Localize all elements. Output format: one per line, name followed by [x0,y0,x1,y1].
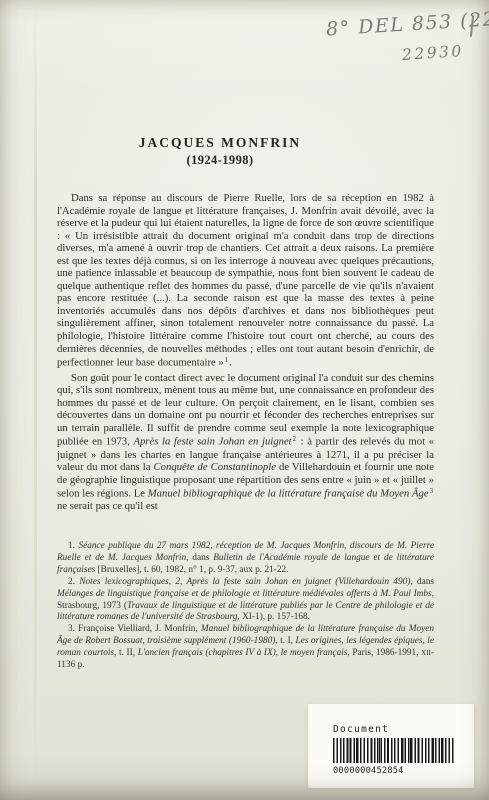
work-title-italic: Après la feste sain Johan en juignet [133,436,291,448]
footnote-3-text: , t. I, [275,636,295,646]
footnote-2-title-italic: Notes lexicographiques, 2, Après la fest… [79,577,410,587]
article-body: Dans sa réponse au discours de Pierre Ru… [57,192,434,513]
footnote-1-end: [Bruxelles], t. 60, 1982, n° 1, p. 9-37,… [95,565,288,575]
footnote-3-text: , t. II, [114,648,138,658]
work-title-italic: Conquête de Constantinople [154,461,276,473]
footnote-3-smallcaps: xii [421,648,431,658]
footnote-2-text: , dans [410,577,434,587]
handwritten-accession-number: 22930 [401,42,464,64]
scan-artifact-streak [34,0,37,800]
barcode-label: Document [333,724,389,735]
article-dates: (1924-1998) [0,153,440,168]
scanned-document-page: 8° DEL 853 (22) 22930 JACQUES MONFRIN (1… [0,0,489,800]
footnote-3: 3. Françoise Vielliard, J. Monfrin, Manu… [57,624,434,672]
footnote-2-collection-italic: Mélanges de linguistique française et de… [57,589,432,599]
footnote-3-number: 3. [68,624,75,634]
footnote-ref-1: 1 [225,357,228,364]
handwritten-shelfmark: 8° DEL 853 (22) [325,8,489,41]
barcode-sticker: Document 0000000452854 [308,704,474,788]
footnote-2: 2. Notes lexicographiques, 2, Après la f… [57,577,434,625]
footnote-ref-2: 2 [293,436,296,443]
footnote-2-number: 2. [68,577,75,587]
footnote-3-text: , Paris, 1986-1991, [347,648,421,658]
footnotes-block: 1. Séance publique du 27 mars 1982, réce… [57,541,434,672]
footnote-1-text: , dans [186,553,213,563]
footnote-3-authors: Françoise Vielliard, J. Monfrin, [78,624,201,634]
work-title-italic: Manuel bibliographique de la littérature… [148,488,429,500]
paragraph-1-end: . [229,357,232,369]
paragraph-2-end: ne serait pas ce qu'il est [57,500,158,512]
article-title: JACQUES MONFRIN [0,135,440,151]
footnote-3-volume2-italic: L'ancien français (chapitres IV à IX), l… [138,648,348,658]
barcode-icon [333,738,454,763]
footnote-2-end: , XI-1), p. 157-168. [237,612,310,622]
barcode-number: 0000000452854 [333,766,404,776]
footnote-1-number: 1. [68,541,75,551]
paragraph-2: Son goût pour le contact direct avec le … [57,372,434,513]
paragraph-1: Dans sa réponse au discours de Pierre Ru… [57,192,434,369]
paragraph-1-text: Dans sa réponse au discours de Pierre Ru… [57,192,434,369]
footnote-ref-3: 3 [430,488,433,495]
footnote-1: 1. Séance publique du 27 mars 1982, réce… [57,541,434,577]
